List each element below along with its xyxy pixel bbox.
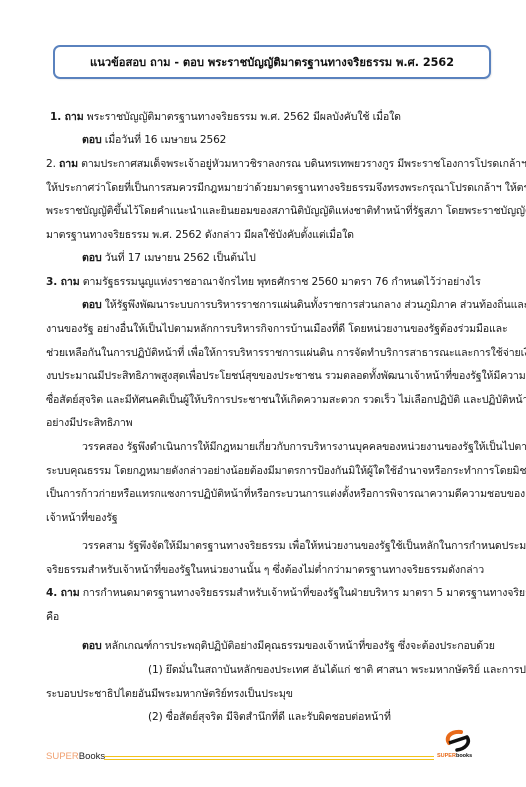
text-line: เป็นการก้าวก่ายหรือแทรกแซงการปฏิบัติหน้า… [46, 487, 525, 501]
line-text: (2) ซื่อสัตย์สุจริต มีจิตสำนึกที่ดี และร… [148, 711, 391, 723]
line-text: วันที่ 17 เมษายน 2562 เป็นต้นไป [102, 252, 256, 264]
text-line: งบประมาณมีประสิทธิภาพสูงสุดเพื่อประโยชน์… [46, 369, 526, 383]
document-title: แนวข้อสอบ ถาม - ตอบ พระราชบัญญัติมาตรฐาน… [90, 53, 454, 71]
line-number: 2. [46, 158, 59, 170]
line-text: วรรคสอง รัฐพึงดำเนินการให้มีกฎหมายเกี่ยว… [82, 441, 526, 453]
line-text: ตามรัฐธรรมนูญแห่งราชอาณาจักรไทย พุทธศักร… [80, 276, 481, 288]
text-line: จริยธรรมสำหรับเจ้าหน้าที่ของรัฐในหน่วยงา… [46, 563, 484, 577]
line-text: ซื่อสัตย์สุจริต และมีทัศนคติเป็นผู้ให้บร… [46, 394, 526, 406]
text-line: วรรคสาม รัฐพึงจัดให้มีมาตรฐานทางจริยธรรม… [82, 539, 526, 553]
text-line: ตอบ หลักเกณฑ์การประพฤติปฏิบัติอย่างมีคุณ… [82, 639, 495, 653]
logo-super: SUPER [437, 753, 456, 759]
text-line: ระบอบประชาธิปไตยอันมีพระมหากษัตริย์ทรงเป… [46, 687, 293, 701]
line-text: วรรคสาม รัฐพึงจัดให้มีมาตรฐานทางจริยธรรม… [82, 540, 526, 552]
footer-brand-books: Books [79, 751, 105, 762]
footer-brand-super: SUPER [46, 751, 79, 762]
text-line: งานของรัฐ อย่างอื่นให้เป็นไปตามหลักการบร… [46, 322, 508, 336]
text-line: ตอบ เมื่อวันที่ 16 เมษายน 2562 [82, 133, 226, 147]
line-text: งบประมาณมีประสิทธิภาพสูงสุดเพื่อประโยชน์… [46, 370, 526, 382]
line-text: อย่างมีประสิทธิภาพ [46, 417, 133, 429]
line-text: เมื่อวันที่ 16 เมษายน 2562 [102, 134, 227, 146]
line-label: 1. ถาม [50, 111, 84, 123]
text-line: (2) ซื่อสัตย์สุจริต มีจิตสำนึกที่ดี และร… [148, 710, 391, 724]
text-line: ตอบ วันที่ 17 เมษายน 2562 เป็นต้นไป [82, 251, 256, 265]
line-text: เจ้าหน้าที่ของรัฐ [46, 512, 117, 524]
line-text: พระราชบัญญัติมาตรฐานทางจริยธรรม พ.ศ. 256… [84, 111, 401, 123]
text-line: ซื่อสัตย์สุจริต และมีทัศนคติเป็นผู้ให้บร… [46, 393, 526, 407]
text-line: 1. ถาม พระราชบัญญัติมาตรฐานทางจริยธรรม พ… [50, 110, 401, 124]
text-line: 2. ถาม ตามประกาศสมเด็จพระเจ้าอยู่หัวมหาว… [46, 157, 526, 171]
text-line: ช่วยเหลือกันในการปฏิบัติหน้าที่ เพื่อให้… [46, 346, 526, 360]
line-label: ตอบ [82, 299, 102, 311]
line-label: ตอบ [82, 252, 102, 264]
footer-brand: SUPERBooks [46, 751, 105, 762]
line-text: ตามประกาศสมเด็จพระเจ้าอยู่หัวมหาวชิราลงก… [78, 158, 526, 170]
footer-double-rule [104, 756, 434, 760]
line-text: เป็นการก้าวก่ายหรือแทรกแซงการปฏิบัติหน้า… [46, 488, 525, 500]
text-line: ตอบ ให้รัฐพึงพัฒนาระบบการบริหารราชการแผ่… [82, 298, 526, 312]
line-text: พระราชบัญญัติขึ้นไว้โดยคำแนะนำและยินยอมข… [46, 205, 526, 217]
line-label: 4. ถาม [46, 587, 80, 599]
line-label: ตอบ [82, 640, 102, 652]
text-line: วรรคสอง รัฐพึงดำเนินการให้มีกฎหมายเกี่ยว… [82, 440, 526, 454]
text-line: 4. ถาม การกำหนดมาตรฐานทางจริยธรรมสำหรับเ… [46, 586, 526, 600]
line-text: การกำหนดมาตรฐานทางจริยธรรมสำหรับเจ้าหน้า… [80, 587, 526, 599]
document-title-box: แนวข้อสอบ ถาม - ตอบ พระราชบัญญัติมาตรฐาน… [53, 45, 491, 79]
text-line: พระราชบัญญัติขึ้นไว้โดยคำแนะนำและยินยอมข… [46, 204, 526, 218]
line-text: มาตรฐานทางจริยธรรม พ.ศ. 2562 ดังกล่าว มี… [46, 229, 354, 241]
line-text: ระบอบประชาธิปไตยอันมีพระมหากษัตริย์ทรงเป… [46, 688, 293, 700]
line-label: 3. ถาม [46, 276, 80, 288]
line-text: ให้ประกาศว่าโดยที่เป็นการสมควรมีกฎหมายว่… [46, 182, 526, 194]
line-label: ตอบ [82, 134, 102, 146]
text-line: (1) ยึดมั่นในสถาบันหลักของประเทศ อันได้แ… [148, 663, 526, 677]
text-line: 3. ถาม ตามรัฐธรรมนูญแห่งราชอาณาจักรไทย พ… [46, 275, 481, 289]
text-line: มาตรฐานทางจริยธรรม พ.ศ. 2562 ดังกล่าว มี… [46, 228, 354, 242]
line-text: ระบบคุณธรรม โดยกฎหมายดังกล่าวอย่างน้อยต้… [46, 465, 526, 477]
text-line: อย่างมีประสิทธิภาพ [46, 416, 133, 430]
line-text: คือ [46, 611, 59, 623]
text-line: เจ้าหน้าที่ของรัฐ [46, 511, 117, 525]
line-text: จริยธรรมสำหรับเจ้าหน้าที่ของรัฐในหน่วยงา… [46, 564, 484, 576]
line-text: (1) ยึดมั่นในสถาบันหลักของประเทศ อันได้แ… [148, 664, 526, 676]
line-text: ให้รัฐพึงพัฒนาระบบการบริหารราชการแผ่นดิน… [102, 299, 526, 311]
footer-logo-text: SUPERbooks [437, 753, 472, 759]
text-line: ให้ประกาศว่าโดยที่เป็นการสมควรมีกฎหมายว่… [46, 181, 526, 195]
line-text: หลักเกณฑ์การประพฤติปฏิบัติอย่างมีคุณธรรม… [102, 640, 495, 652]
line-text: ช่วยเหลือกันในการปฏิบัติหน้าที่ เพื่อให้… [46, 347, 526, 359]
text-line: ระบบคุณธรรม โดยกฎหมายดังกล่าวอย่างน้อยต้… [46, 464, 526, 478]
logo-books: books [456, 753, 472, 759]
line-text: งานของรัฐ อย่างอื่นให้เป็นไปตามหลักการบร… [46, 323, 508, 335]
line-label: ถาม [59, 158, 78, 170]
text-line: คือ [46, 610, 59, 624]
